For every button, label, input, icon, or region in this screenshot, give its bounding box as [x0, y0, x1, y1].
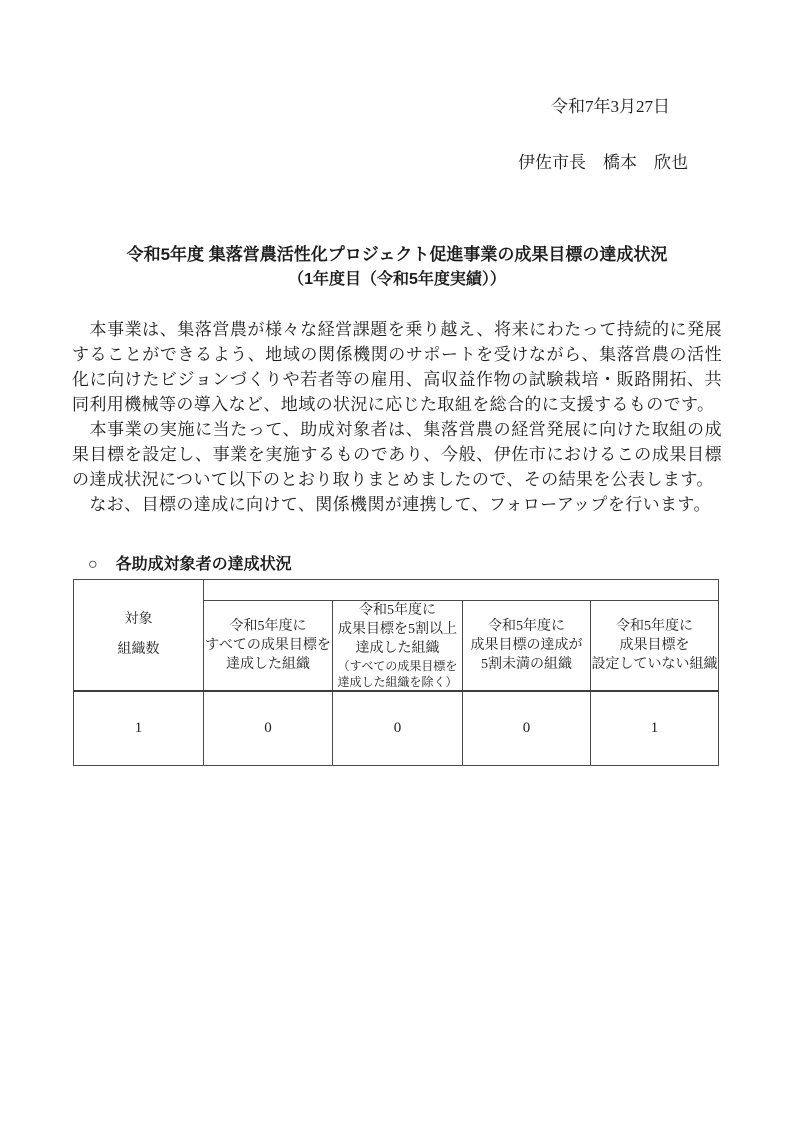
body-paragraph-2: 本事業の実施に当たって、助成対象者は、集落営農の経営発展に向けた取組の成果目標を…: [0, 417, 794, 492]
body-paragraph-3: なお、目標の達成に向けて、関係機関が連携して、フォローアップを行います。: [0, 492, 794, 517]
column-header-3: 令和5年度に 成果目標の達成が 5割未満の組織: [463, 601, 591, 692]
value-cell-half-or-more: 0: [333, 691, 463, 766]
column-header-1-label: 令和5年度に すべての成果目標を 達成した組織: [204, 617, 332, 674]
document-subtitle: （1年度目（令和5年度実績））: [0, 267, 794, 292]
value-cell-not-set: 1: [591, 691, 719, 766]
column-header-2-label: 令和5年度に 成果目標を5割以上 達成した組織: [333, 601, 462, 658]
table-spacer-row: 対象 組織数: [74, 580, 719, 601]
value-cell-under-half: 0: [463, 691, 591, 766]
section-marker: ○: [88, 556, 98, 573]
column-header-2-note: （すべての成果目標を 達成した組織を除く）: [333, 658, 462, 690]
section-heading-text: 各助成対象者の達成状況: [116, 556, 292, 573]
value-cell-target-count: 1: [74, 691, 204, 766]
row-header-cell: 対象 組織数: [74, 580, 204, 692]
date: 令和7年3月27日: [0, 0, 794, 119]
column-header-1: 令和5年度に すべての成果目標を 達成した組織: [204, 601, 333, 692]
value-cell-all-achieved: 0: [204, 691, 333, 766]
column-header-4: 令和5年度に 成果目標を 設定していない組織: [591, 601, 719, 692]
column-header-2: 令和5年度に 成果目標を5割以上 達成した組織 （すべての成果目標を 達成した組…: [333, 601, 463, 692]
column-header-4-label: 令和5年度に 成果目標を 設定していない組織: [591, 617, 718, 674]
document-page: 令和7年3月27日 伊佐市長 橋本 欣也 令和5年度 集落営農活性化プロジェクト…: [0, 0, 794, 1123]
empty-header-cell: [204, 580, 719, 601]
document-title: 令和5年度 集落営農活性化プロジェクト促進事業の成果目標の達成状況: [0, 242, 794, 267]
column-header-3-label: 令和5年度に 成果目標の達成が 5割未満の組織: [463, 617, 590, 674]
section-heading: ○各助成対象者の達成状況: [72, 555, 722, 575]
table-data-row: 1 0 0 0 1: [74, 691, 719, 766]
achievement-status-table: 対象 組織数 令和5年度に すべての成果目標を 達成した組織 令和5年度に 成果…: [73, 579, 719, 766]
body-paragraph-1: 本事業は、集落営農が様々な経営課題を乗り越え、将来にわたって持続的に発展すること…: [0, 317, 794, 417]
signature: 伊佐市長 橋本 欣也: [0, 151, 794, 175]
